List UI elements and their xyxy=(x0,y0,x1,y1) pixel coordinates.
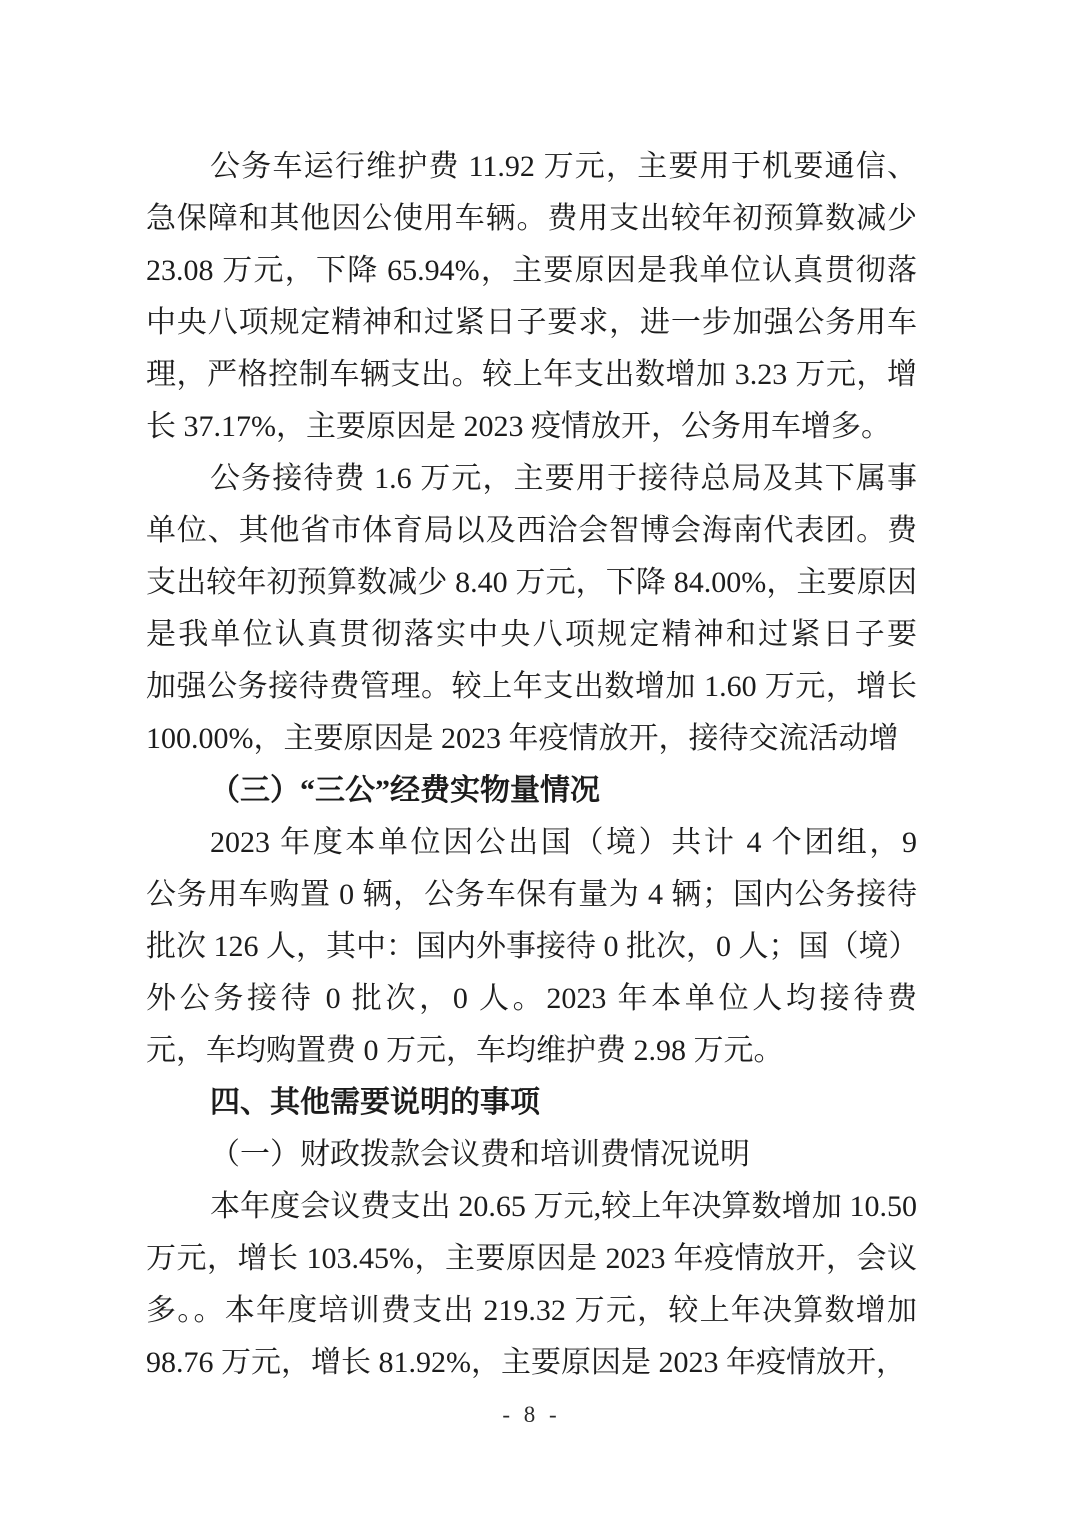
text-line: 理，严格控制车辆支出。较上年支出数增加 3.23 万元，增 xyxy=(146,349,917,401)
text-line: 98.76 万元，增长 81.92%，主要原因是 2023 年疫情放开， xyxy=(146,1337,917,1389)
line-text: 本年度会议费支出 20.65 万元,较上年决算数增加 10.50 xyxy=(210,1190,917,1223)
line-text: 理，严格控制车辆支出。较上年支出数增加 3.23 万元，增 xyxy=(146,358,917,391)
text-line: 公务用车购置 0 辆，公务车保有量为 4 辆；国内公务接待 12 xyxy=(146,869,917,921)
line-text: 支出较年初预算数减少 8.40 万元，下降 84.00%，主要原因 xyxy=(146,566,917,599)
text-line: 公务接待费 1.6 万元，主要用于接待总局及其下属事业 xyxy=(146,453,917,505)
line-text: 100.00%，主要原因是 2023 年疫情放开，接待交流活动增多 xyxy=(146,722,899,765)
line-text: 外公务接待 0 批次，0 人。2023 年本单位人均接待费 127.25 xyxy=(146,982,917,1025)
text-line: 是我单位认真贯彻落实中央八项规定精神和过紧日子要求， xyxy=(146,609,917,661)
text-line: 万元，增长 103.45%，主要原因是 2023 年疫情放开，会议增 xyxy=(146,1233,917,1285)
line-text: 23.08 万元，下降 65.94%，主要原因是我单位认真贯彻落实 xyxy=(146,254,917,297)
line-text: 公务接待费 1.6 万元，主要用于接待总局及其下属事业 xyxy=(146,462,917,505)
line-text: 单位、其他省市体育局以及西洽会智博会海南代表团。费用 xyxy=(146,514,917,557)
line-text: 多。。本年度培训费支出 219.32 万元，较上年决算数增加 xyxy=(146,1294,917,1327)
section-heading-three-public-quantities: （三）“三公”经费实物量情况 xyxy=(146,765,917,817)
text-line: 单位、其他省市体育局以及西洽会智博会海南代表团。费用 xyxy=(146,505,917,557)
text-line: 本年度会议费支出 20.65 万元,较上年决算数增加 10.50 xyxy=(146,1181,917,1233)
text-line: 公务车运行维护费 11.92 万元，主要用于机要通信、应 xyxy=(146,141,917,193)
text-line: 加强公务接待费管理。较上年支出数增加 1.60 万元，增长 xyxy=(146,661,917,713)
text-line: 中央八项规定精神和过紧日子要求，进一步加强公务用车管 xyxy=(146,297,917,349)
line-text: （三）“三公”经费实物量情况 xyxy=(210,774,600,807)
text-line: 外公务接待 0 批次，0 人。2023 年本单位人均接待费 127.25 xyxy=(146,973,917,1025)
line-text: 万元，增长 103.45%，主要原因是 2023 年疫情放开，会议增 xyxy=(146,1242,917,1285)
line-text: （一）财政拨款会议费和培训费情况说明 xyxy=(210,1138,750,1171)
page-number: - 8 - xyxy=(146,1402,917,1428)
line-text: 长 37.17%，主要原因是 2023 疫情放开，公务用车增多。 xyxy=(146,410,891,443)
section-heading-other-items: 四、其他需要说明的事项 xyxy=(146,1077,917,1129)
text-line: 23.08 万元，下降 65.94%，主要原因是我单位认真贯彻落实 xyxy=(146,245,917,297)
line-text: 急保障和其他因公使用车辆。费用支出较年初预算数减少 xyxy=(146,202,917,235)
line-text: 批次 126 人，其中：国内外事接待 0 批次，0 人；国（境） xyxy=(146,930,917,963)
line-text: 元，车均购置费 0 万元，车均维护费 2.98 万元。 xyxy=(146,1034,784,1067)
document-page: 公务车运行维护费 11.92 万元，主要用于机要通信、应急保障和其他因公使用车辆… xyxy=(0,0,1075,1520)
line-text: 公务车运行维护费 11.92 万元，主要用于机要通信、应 xyxy=(146,150,917,193)
text-line: 长 37.17%，主要原因是 2023 疫情放开，公务用车增多。 xyxy=(146,401,917,453)
text-line: 急保障和其他因公使用车辆。费用支出较年初预算数减少 xyxy=(146,193,917,245)
text-line: 多。。本年度培训费支出 219.32 万元，较上年决算数增加 xyxy=(146,1285,917,1337)
section-heading-meeting-training-fees: （一）财政拨款会议费和培训费情况说明 xyxy=(146,1129,917,1181)
line-text: 98.76 万元，增长 81.92%，主要原因是 2023 年疫情放开， xyxy=(146,1346,906,1379)
document-body: 公务车运行维护费 11.92 万元，主要用于机要通信、应急保障和其他因公使用车辆… xyxy=(146,141,917,1389)
line-text: 是我单位认真贯彻落实中央八项规定精神和过紧日子要求， xyxy=(146,618,917,661)
text-line: 100.00%，主要原因是 2023 年疫情放开，接待交流活动增多。 xyxy=(146,713,917,765)
text-line: 元，车均购置费 0 万元，车均维护费 2.98 万元。 xyxy=(146,1025,917,1077)
text-line: 批次 126 人，其中：国内外事接待 0 批次，0 人；国（境） xyxy=(146,921,917,973)
text-line: 2023 年度本单位因公出国（境）共计 4 个团组，9 人； xyxy=(146,817,917,869)
line-text: 2023 年度本单位因公出国（境）共计 4 个团组，9 人； xyxy=(146,826,917,869)
line-text: 公务用车购置 0 辆，公务车保有量为 4 辆；国内公务接待 12 xyxy=(146,878,917,921)
line-text: 中央八项规定精神和过紧日子要求，进一步加强公务用车管 xyxy=(146,306,917,349)
text-line: 支出较年初预算数减少 8.40 万元，下降 84.00%，主要原因 xyxy=(146,557,917,609)
line-text: 四、其他需要说明的事项 xyxy=(210,1086,540,1119)
line-text: 加强公务接待费管理。较上年支出数增加 1.60 万元，增长 xyxy=(146,670,917,703)
